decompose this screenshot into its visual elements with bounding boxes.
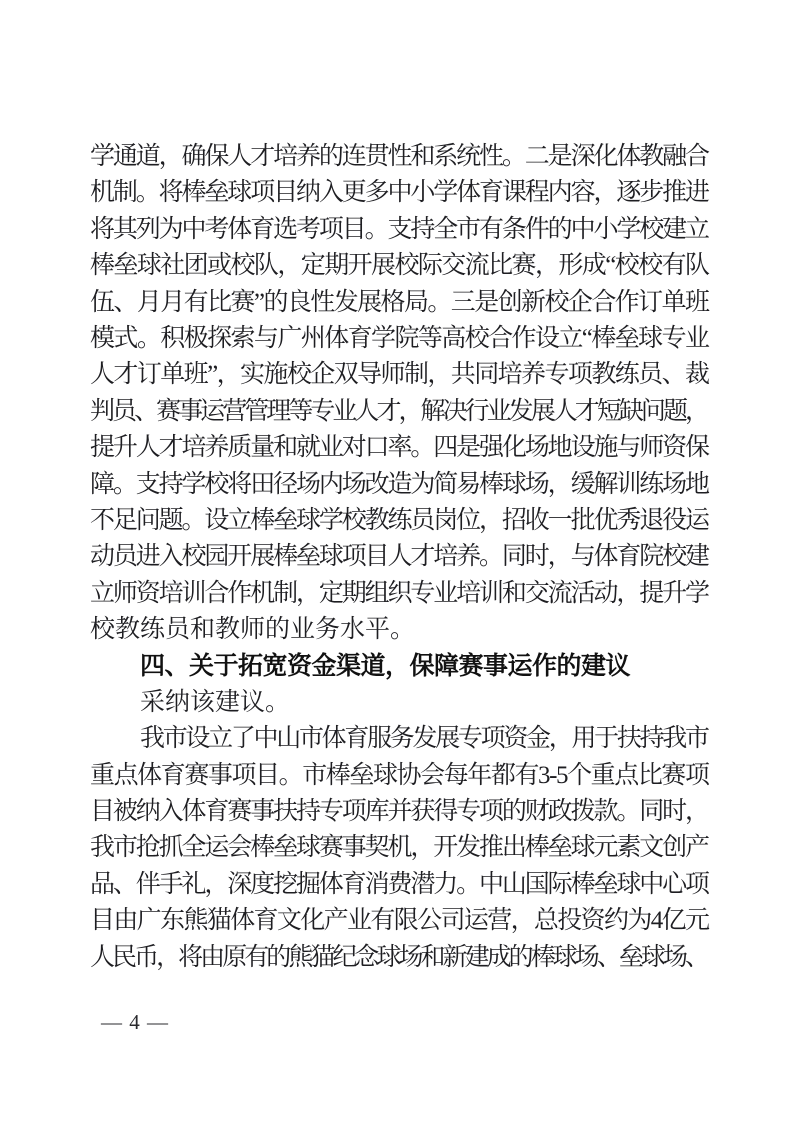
text-line-content: 重点体育赛事项目。市棒垒球协会每年都有3-5个重点比赛项 [90, 762, 709, 789]
text-line-content: 目被纳入体育赛事扶持专项库并获得专项的财政拨款。同时， [90, 798, 708, 825]
text-line-content: 伍、月月有比赛”的良性发展格局。三是创新校企合作订单班 [90, 289, 708, 316]
text-line-content: 学通道，确保人才培养的连贯性和系统性。二是深化体教融合 [90, 143, 708, 170]
text-line: 品、伴手礼，深度挖掘体育消费潜力。中山国际棒垒球中心项 [90, 867, 710, 903]
text-line-content: 我市设立了中山市体育服务发展专项资金，用于扶持我市 [140, 725, 708, 752]
document-page: 学通道，确保人才培养的连贯性和系统性。二是深化体教融合机制。将棒垒球项目纳入更多… [0, 0, 800, 1131]
text-line-content: 我市抢抓全运会棒垒球赛事契机，开发推出棒垒球元素文创产 [90, 834, 708, 861]
text-line-content: 校教练员和教师的业务水平。 [90, 616, 415, 643]
text-line: 模式。积极探索与广州体育学院等高校合作设立“棒垒球专业 [90, 321, 710, 357]
text-line: 机制。将棒垒球项目纳入更多中小学体育课程内容，逐步推进 [90, 175, 710, 211]
text-line: 将其列为中考体育选考项目。支持全市有条件的中小学校建立 [90, 212, 710, 248]
text-line-content: 不足问题。设立棒垒球学校教练员岗位，招收一批优秀退役运 [90, 507, 708, 534]
text-line-content: 动员进入校园开展棒垒球项目人才培养。同时，与体育院校建 [90, 543, 708, 570]
text-line-content: 采纳该建议。 [140, 689, 290, 716]
text-line: 人民币，将由原有的熊猫纪念球场和新建成的棒球场、垒球场、 [90, 940, 710, 976]
text-line-content: 立师资培训合作机制，定期组织专业培训和交流活动，提升学 [90, 580, 708, 607]
page-number: — 4 — [101, 1008, 169, 1036]
text-line: 目由广东熊猫体育文化产业有限公司运营，总投资约为4亿元 [90, 903, 710, 939]
text-line: 我市抢抓全运会棒垒球赛事契机，开发推出棒垒球元素文创产 [90, 830, 710, 866]
text-line: 我市设立了中山市体育服务发展专项资金，用于扶持我市 [90, 721, 710, 757]
text-line-content: 棒垒球社团或校队，定期开展校际交流比赛，形成“校校有队 [90, 252, 708, 279]
text-line-content: 人才订单班”，实施校企双导师制，共同培养专项教练员、裁 [90, 361, 708, 388]
section-heading-text: 四、关于拓宽资金渠道，保障赛事运作的建议 [140, 652, 630, 680]
text-line: 障。支持学校将田径场内场改造为简易棒球场，缓解训练场地 [90, 467, 710, 503]
text-line-content: 目由广东熊猫体育文化产业有限公司运营，总投资约为4亿元 [90, 907, 708, 934]
text-line-content: 判员、赛事运营管理等专业人才，解决行业发展人才短缺问题， [90, 398, 707, 425]
text-line: 棒垒球社团或校队，定期开展校际交流比赛，形成“校校有队 [90, 248, 710, 284]
text-line-content: 品、伴手礼，深度挖掘体育消费潜力。中山国际棒垒球中心项 [90, 871, 708, 898]
text-line: 提升人才培养质量和就业对口率。四是强化场地设施与师资保 [90, 430, 710, 466]
text-line: 采纳该建议。 [90, 685, 710, 721]
text-line: 目被纳入体育赛事扶持专项库并获得专项的财政拨款。同时， [90, 794, 710, 830]
text-line: 人才订单班”，实施校企双导师制，共同培养专项教练员、裁 [90, 357, 710, 393]
text-line: 学通道，确保人才培养的连贯性和系统性。二是深化体教融合 [90, 139, 710, 175]
section-heading: 四、关于拓宽资金渠道，保障赛事运作的建议 [90, 648, 710, 684]
text-line: 判员、赛事运营管理等专业人才，解决行业发展人才短缺问题， [90, 394, 710, 430]
text-line: 立师资培训合作机制，定期组织专业培训和交流活动，提升学 [90, 576, 710, 612]
text-line: 校教练员和教师的业务水平。 [90, 612, 710, 648]
text-line-content: 将其列为中考体育选考项目。支持全市有条件的中小学校建立 [90, 216, 708, 243]
text-line-content: 人民币，将由原有的熊猫纪念球场和新建成的棒球场、垒球场、 [90, 944, 707, 971]
text-line-content: 机制。将棒垒球项目纳入更多中小学体育课程内容，逐步推进 [90, 179, 708, 206]
text-line: 伍、月月有比赛”的良性发展格局。三是创新校企合作订单班 [90, 285, 710, 321]
text-line: 重点体育赛事项目。市棒垒球协会每年都有3-5个重点比赛项 [90, 758, 710, 794]
text-line-content: 提升人才培养质量和就业对口率。四是强化场地设施与师资保 [90, 434, 708, 461]
text-line: 不足问题。设立棒垒球学校教练员岗位，招收一批优秀退役运 [90, 503, 710, 539]
text-line: 动员进入校园开展棒垒球项目人才培养。同时，与体育院校建 [90, 539, 710, 575]
text-line-content: 障。支持学校将田径场内场改造为简易棒球场，缓解训练场地 [90, 471, 708, 498]
document-body: 学通道，确保人才培养的连贯性和系统性。二是深化体教融合机制。将棒垒球项目纳入更多… [90, 139, 710, 976]
text-line-content: 模式。积极探索与广州体育学院等高校合作设立“棒垒球专业 [90, 325, 708, 352]
